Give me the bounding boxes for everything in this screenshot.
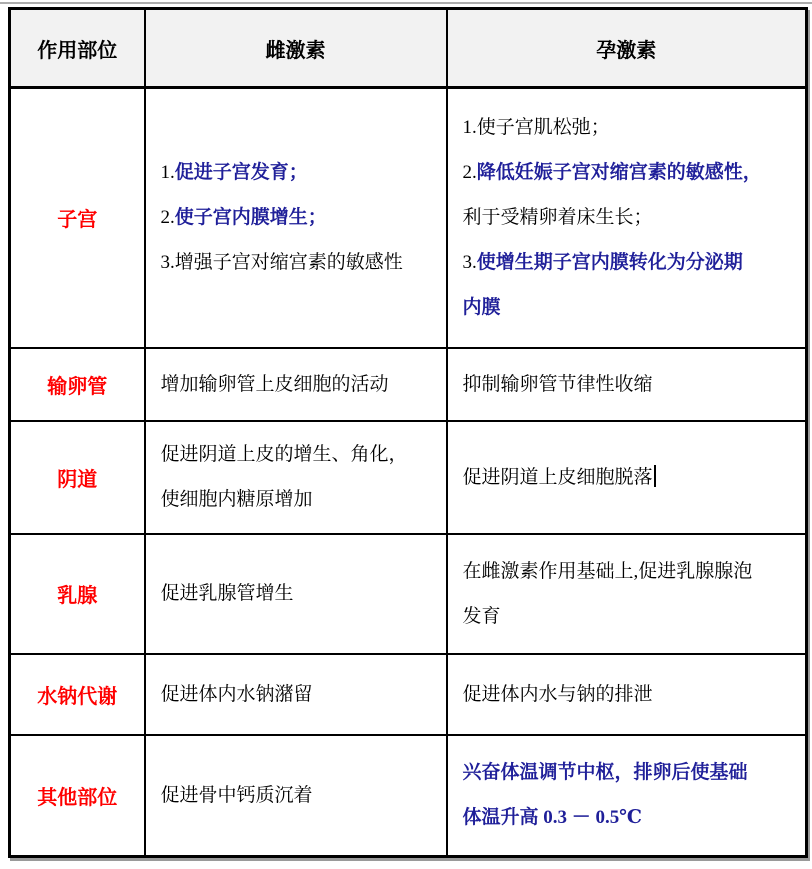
plain-text: 在雌激素作用基础上,促进乳腺腺泡 [463,561,753,582]
text-line: 利于受精卵着床生长； [463,195,796,240]
text-line: 促进体内水钠潴留 [161,672,436,717]
text-cursor [654,465,656,487]
plain-text: 抑制输卵管节律性收缩 [463,374,653,395]
plain-text: 使细胞内糖原增加 [161,489,313,510]
text-line: 2.降低妊娠子宫对缩宫素的敏感性， [463,150,796,195]
progesterone-cell-other-sites[interactable]: 兴奋体温调节中枢，排卵后使基础 体温升高 0.3 － 0.5℃ [447,735,807,857]
progesterone-cell-fallopian-tube[interactable]: 抑制输卵管节律性收缩 [447,348,807,421]
emphasis-text: 兴奋体温调节中枢，排卵后使基础 [463,762,748,783]
progesterone-cell-mammary-gland[interactable]: 在雌激素作用基础上,促进乳腺腺泡 发育 [447,534,807,654]
site-label-water-sodium: 水钠代谢 [10,654,145,735]
list-number: 2. [161,207,175,228]
table-row-other-sites: 其他部位 促进骨中钙质沉着 兴奋体温调节中枢，排卵后使基础 体温升高 0.3 －… [10,735,807,857]
estrogen-cell-water-sodium[interactable]: 促进体内水钠潴留 [145,654,447,735]
list-number: 1. [161,162,175,183]
table-row-vagina: 阴道 促进阴道上皮的增生、角化， 使细胞内糖原增加 促进阴道上皮细胞脱落 [10,421,807,534]
text-line: 促进骨中钙质沉着 [161,773,436,818]
plain-text: 增加输卵管上皮细胞的活动 [161,374,389,395]
header-site: 作用部位 [10,9,145,88]
table-row-fallopian-tube: 输卵管 增加输卵管上皮细胞的活动 抑制输卵管节律性收缩 [10,348,807,421]
emphasis-text: 降低妊娠子宫对缩宫素的敏感性， [477,162,762,183]
text-line: 促进阴道上皮细胞脱落 [463,455,796,500]
plain-text: 促进乳腺管增生 [161,583,294,604]
text-line: 1.使子宫肌松弛； [463,105,796,150]
text-line: 3.使增生期子宫内膜转化为分泌期 [463,240,796,285]
table-row-mammary-gland: 乳腺 促进乳腺管增生 在雌激素作用基础上,促进乳腺腺泡 发育 [10,534,807,654]
text-line: 抑制输卵管节律性收缩 [463,362,796,407]
text-line: 兴奋体温调节中枢，排卵后使基础 [463,750,796,795]
site-label-other-sites: 其他部位 [10,735,145,857]
hormone-effects-table: 作用部位 雌激素 孕激素 子宫 1.促进子宫发育； 2.使子宫内膜增生； 3.增… [8,7,808,858]
plain-text: 促进体内水与钠的排泄 [463,684,653,705]
progesterone-cell-uterus[interactable]: 1.使子宫肌松弛； 2.降低妊娠子宫对缩宫素的敏感性， 利于受精卵着床生长； 3… [447,88,807,348]
plain-text: 促进骨中钙质沉着 [161,785,313,806]
estrogen-cell-vagina[interactable]: 促进阴道上皮的增生、角化， 使细胞内糖原增加 [145,421,447,534]
table-row-uterus: 子宫 1.促进子宫发育； 2.使子宫内膜增生； 3.增强子宫对缩宫素的敏感性 1… [10,88,807,348]
plain-text: 发育 [463,606,501,627]
list-number: 3. [463,252,477,273]
text-line: 内膜 [463,285,796,330]
header-estrogen: 雌激素 [145,9,447,88]
progesterone-cell-vagina[interactable]: 促进阴道上皮细胞脱落 [447,421,807,534]
text-line: 在雌激素作用基础上,促进乳腺腺泡 [463,549,796,594]
plain-text: 促进阴道上皮的增生、角化， [161,444,408,465]
text-line: 促进阴道上皮的增生、角化， [161,432,436,477]
plain-text: 促进体内水钠潴留 [161,684,313,705]
text-line: 2.使子宫内膜增生； [161,195,436,240]
header-progesterone: 孕激素 [447,9,807,88]
emphasis-text: 使增生期子宫内膜转化为分泌期 [477,252,743,273]
text-line: 1.促进子宫发育； [161,150,436,195]
emphasis-text: 使子宫内膜增生； [175,207,327,228]
progesterone-cell-water-sodium[interactable]: 促进体内水与钠的排泄 [447,654,807,735]
estrogen-cell-fallopian-tube[interactable]: 增加输卵管上皮细胞的活动 [145,348,447,421]
text-line: 3.增强子宫对缩宫素的敏感性 [161,240,436,285]
page-top-shadow [0,2,812,4]
text-line: 发育 [463,594,796,639]
list-number: 2. [463,162,477,183]
plain-text: 1.使子宫肌松弛； [463,117,610,138]
emphasis-text: 促进子宫发育； [175,162,308,183]
estrogen-cell-uterus[interactable]: 1.促进子宫发育； 2.使子宫内膜增生； 3.增强子宫对缩宫素的敏感性 [145,88,447,348]
emphasis-text: 内膜 [463,297,501,318]
table-row-water-sodium: 水钠代谢 促进体内水钠潴留 促进体内水与钠的排泄 [10,654,807,735]
text-line: 促进体内水与钠的排泄 [463,672,796,717]
plain-text: 3.增强子宫对缩宫素的敏感性 [161,252,403,273]
site-label-mammary-gland: 乳腺 [10,534,145,654]
site-label-vagina: 阴道 [10,421,145,534]
site-label-fallopian-tube: 输卵管 [10,348,145,421]
plain-text: 促进阴道上皮细胞脱落 [463,467,653,488]
header-row: 作用部位 雌激素 孕激素 [10,9,807,88]
plain-text: 利于受精卵着床生长； [463,207,653,228]
site-label-uterus: 子宫 [10,88,145,348]
text-line: 体温升高 0.3 － 0.5℃ [463,795,796,840]
text-line: 增加输卵管上皮细胞的活动 [161,362,436,407]
estrogen-cell-other-sites[interactable]: 促进骨中钙质沉着 [145,735,447,857]
text-line: 使细胞内糖原增加 [161,477,436,522]
estrogen-cell-mammary-gland[interactable]: 促进乳腺管增生 [145,534,447,654]
emphasis-text: 体温升高 0.3 － 0.5℃ [463,807,643,828]
text-line: 促进乳腺管增生 [161,571,436,616]
